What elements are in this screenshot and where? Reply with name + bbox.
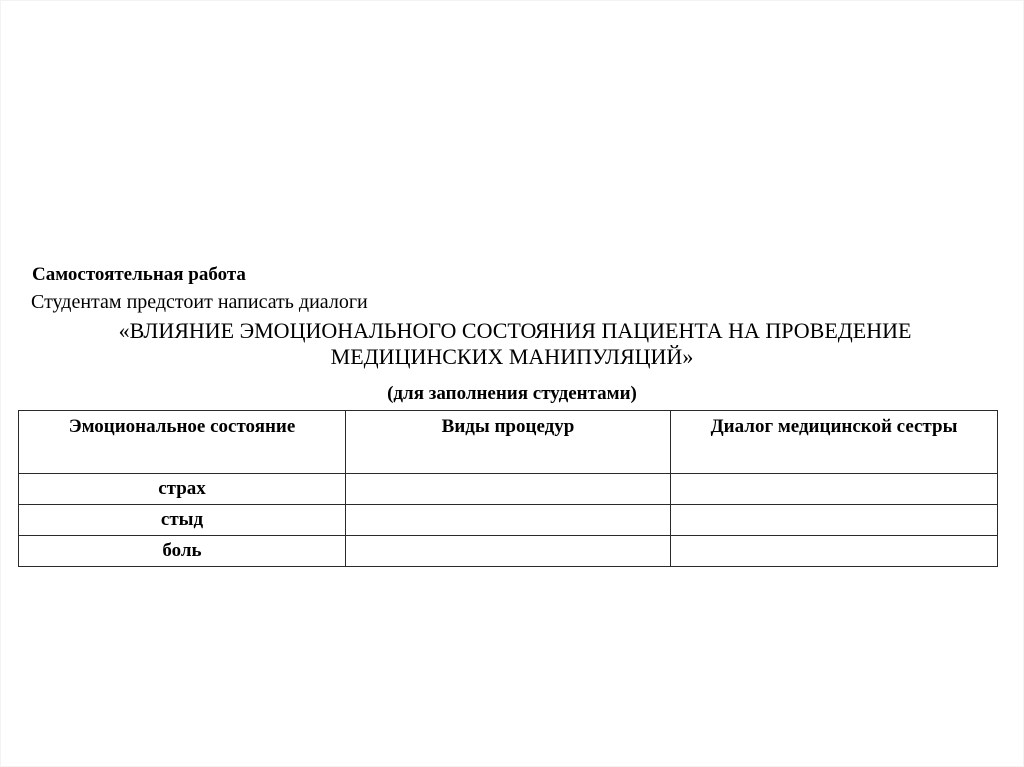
cell-procedures[interactable] [346, 536, 671, 567]
header-nurse-dialog: Диалог медицинской сестры [671, 411, 998, 474]
table-row: боль [19, 536, 998, 567]
dialog-table: Эмоциональное состояние Виды процедур Ди… [18, 410, 998, 567]
cell-dialog[interactable] [671, 505, 998, 536]
fill-in-note: (для заполнения студентами) [0, 383, 1024, 405]
cell-procedures[interactable] [346, 474, 671, 505]
header-emotional-state: Эмоциональное состояние [19, 411, 346, 474]
cell-dialog[interactable] [671, 536, 998, 567]
table-row: стыд [19, 505, 998, 536]
title-line-1: «ВЛИЯНИЕ ЭМОЦИОНАЛЬНОГО СОСТОЯНИЯ ПАЦИЕН… [0, 318, 1024, 344]
title-line-2: МЕДИЦИНСКИХ МАНИПУЛЯЦИЙ» [0, 344, 1024, 370]
cell-procedures[interactable] [346, 505, 671, 536]
header-procedure-types: Виды процедур [346, 411, 671, 474]
section-heading: Самостоятельная работа [32, 264, 246, 286]
cell-emotion: страх [19, 474, 346, 505]
task-description: Студентам предстоит написать диалоги [31, 291, 368, 314]
table-row: страх [19, 474, 998, 505]
cell-emotion: боль [19, 536, 346, 567]
cell-emotion: стыд [19, 505, 346, 536]
cell-dialog[interactable] [671, 474, 998, 505]
table-header-row: Эмоциональное состояние Виды процедур Ди… [19, 411, 998, 474]
